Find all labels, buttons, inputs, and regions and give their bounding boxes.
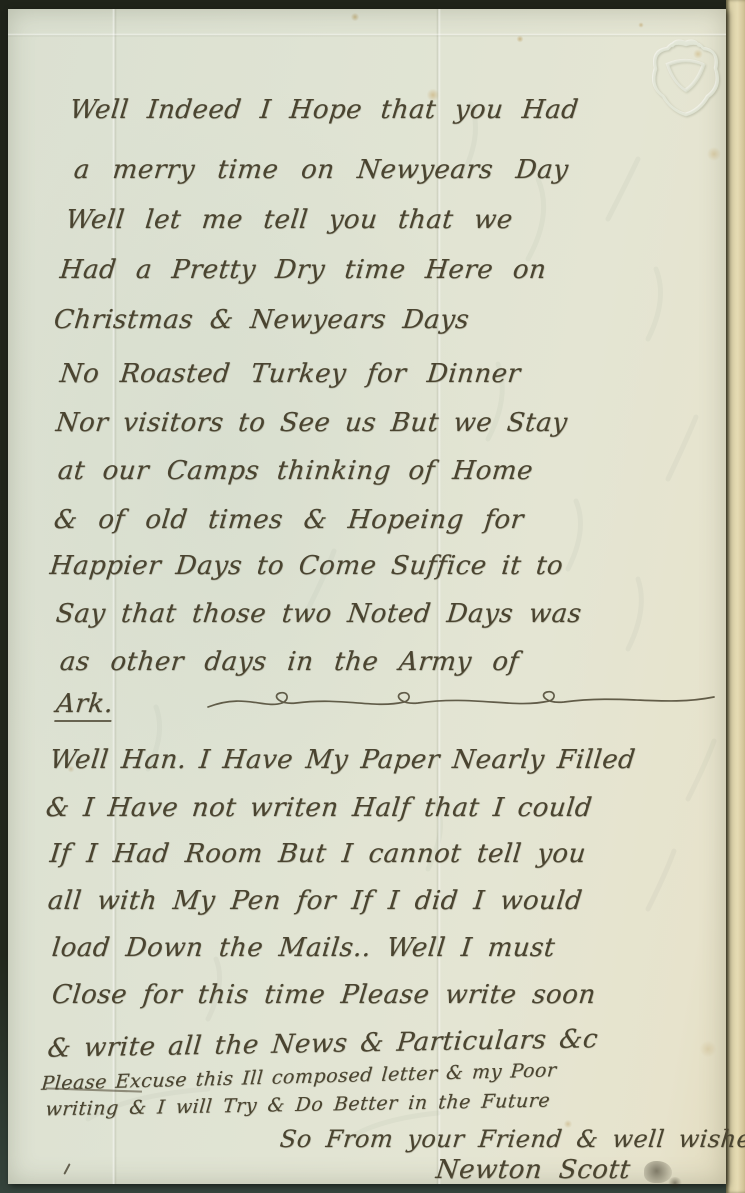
letter-closing: So From your Friend & well wisher — [279, 1125, 745, 1153]
letter-line: Christmas & Newyears Days — [52, 305, 470, 335]
pen-flourish — [204, 685, 719, 717]
letter-line: as other days in the Army of — [58, 647, 520, 677]
letter-line-ark: Ark. — [54, 689, 115, 722]
letter-line: & write all the News & Particulars &c — [46, 1024, 599, 1064]
letter-sheet: Well Indeed I Hope that you Had a merry … — [8, 9, 726, 1184]
letter-line: & of old times & Hopeing for — [52, 505, 525, 535]
ink-blot — [668, 1177, 682, 1189]
letter-line: Well let me tell you that we — [64, 205, 514, 235]
signature: Newton Scott — [434, 1155, 632, 1185]
letter-line-postscript: writing & I will Try & Do Better in the … — [45, 1090, 552, 1121]
letter-line: all with My Pen for If I did I would — [46, 886, 584, 916]
paper-edge-strip — [726, 0, 745, 1193]
letter-line: & I Have not writen Half that I could — [44, 793, 593, 823]
letter-line: Had a Pretty Dry time Here on — [58, 255, 547, 285]
letter-line: No Roasted Turkey for Dinner — [58, 359, 522, 389]
letter-line: Happier Days to Come Suffice it to — [48, 551, 564, 581]
letter-line: Close for this time Please write soon — [50, 980, 597, 1010]
letter-body: Well Indeed I Hope that you Had a merry … — [8, 9, 726, 1184]
letter-line: Well Han. I Have My Paper Nearly Filled — [48, 745, 637, 775]
letter-line: Nor visitors to See us But we Stay — [54, 408, 569, 438]
letter-line: a merry time on Newyears Day — [72, 155, 570, 185]
letter-line: Well Indeed I Hope that you Had — [68, 95, 580, 125]
letter-line: If I Had Room But I cannot tell you — [48, 839, 587, 869]
scanned-letter-page: Well Indeed I Hope that you Had a merry … — [0, 0, 745, 1193]
letter-line: load Down the Mails.. Well I must — [50, 933, 556, 963]
letter-line: Say that those two Noted Days was — [54, 599, 583, 629]
letter-line: at our Camps thinking of Home — [56, 456, 534, 486]
